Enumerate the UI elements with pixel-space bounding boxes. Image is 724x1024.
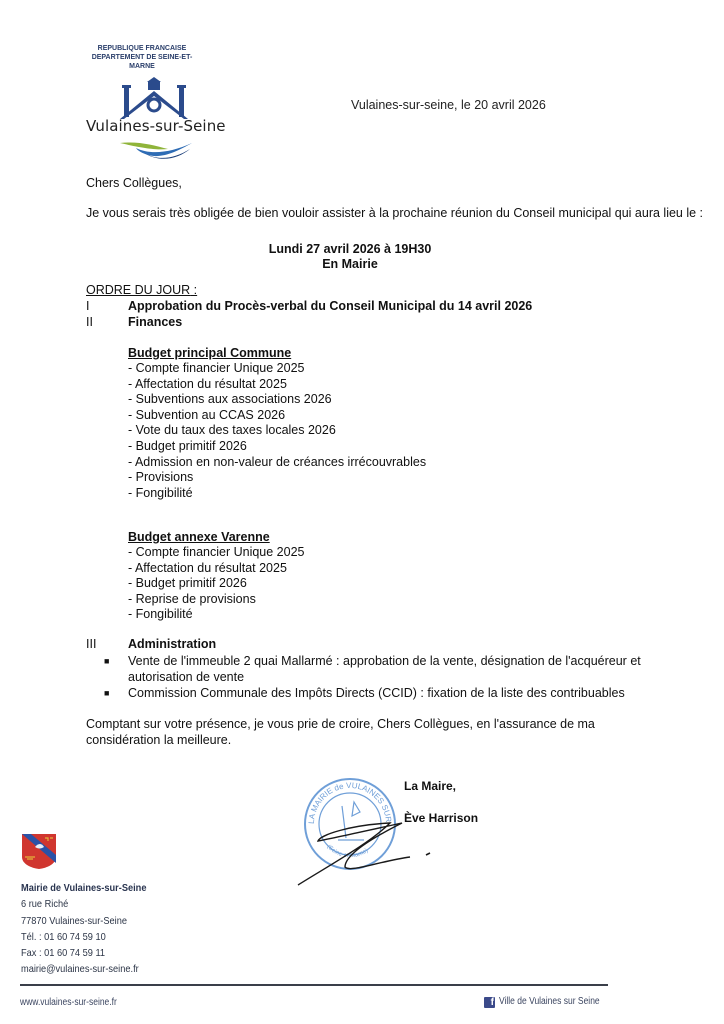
bullet-item: Vente de l'immeuble 2 quai Mallarmé : ap… [128, 654, 641, 670]
section-title-budget-annexe: Budget annexe Varenne [128, 530, 270, 546]
agenda-item-number: III [86, 637, 96, 653]
agenda-sub-item: - Subvention au CCAS 2026 [128, 408, 285, 424]
river-waves-logo-icon [118, 139, 196, 163]
letterhead-republic: REPUBLIQUE FRANCAISE DEPARTEMENT DE SEIN… [80, 44, 204, 71]
logo-text: Vulaines-sur-Seine [86, 117, 226, 135]
department-label: DEPARTEMENT DE SEINE-ET-MARNE [80, 53, 204, 71]
intro-paragraph: Je vous serais très obligée de bien voul… [86, 206, 703, 222]
mairie-email[interactable]: mairie@vulaines-sur-seine.fr [21, 961, 146, 977]
agenda-title-text: ORDRE DU JOUR [86, 283, 190, 297]
agenda-title: ORDRE DU JOUR : [86, 283, 197, 299]
bullet-icon: ■ [104, 656, 109, 666]
bullet-item: Commission Communale des Impôts Directs … [128, 686, 625, 702]
agenda-sub-item: - Reprise de provisions [128, 592, 256, 608]
coat-of-arms-icon [21, 833, 57, 869]
agenda-sub-item: - Subventions aux associations 2026 [128, 392, 332, 408]
closing-paragraph: Comptant sur votre présence, je vous pri… [86, 717, 656, 748]
republic-label: REPUBLIQUE FRANCAISE [80, 44, 204, 53]
facebook-label: Ville de Vulaines sur Seine [499, 996, 600, 1007]
handwritten-signature-icon [290, 795, 440, 890]
mairie-city: 77870 Vulaines-sur-Seine [21, 913, 146, 929]
agenda-sub-item: - Affectation du résultat 2025 [128, 377, 287, 393]
section-title-budget-principal: Budget principal Commune [128, 346, 291, 362]
agenda-sub-item: - Budget primitif 2026 [128, 439, 247, 455]
letter-date: Vulaines-sur-seine, le 20 avril 2026 [351, 98, 546, 112]
greeting: Chers Collègues, [86, 176, 182, 192]
meeting-location: En Mairie [200, 257, 500, 273]
agenda-title-colon: : [190, 283, 197, 297]
agenda-item-title: Administration [128, 637, 216, 653]
agenda-sub-item: - Compte financier Unique 2025 [128, 361, 305, 377]
agenda-sub-item: - Fongibilité [128, 486, 193, 502]
meeting-datetime: Lundi 27 avril 2026 à 19H30 [200, 242, 500, 258]
mairie-name: Mairie de Vulaines-sur-Seine [21, 880, 146, 896]
agenda-sub-item: - Budget primitif 2026 [128, 576, 247, 592]
mairie-contact-block: Mairie de Vulaines-sur-Seine 6 rue Riché… [21, 880, 146, 978]
agenda-item-title: Finances [128, 315, 182, 331]
agenda-item-number: II [86, 315, 93, 331]
mairie-street: 6 rue Riché [21, 896, 146, 912]
mairie-fax: Fax : 01 60 74 59 11 [21, 945, 146, 961]
mairie-phone: Tél. : 01 60 74 59 10 [21, 929, 146, 945]
signatory-title: La Maire, [404, 779, 456, 793]
footer-website-link[interactable]: www.vulaines-sur-seine.fr [20, 997, 117, 1008]
footer-facebook-link[interactable]: fVille de Vulaines sur Seine [484, 996, 617, 1008]
bullet-icon: ■ [104, 688, 109, 698]
agenda-sub-item: - Provisions [128, 470, 193, 486]
footer-divider [20, 984, 608, 986]
facebook-icon: f [484, 997, 495, 1008]
bullet-item-continuation: autorisation de vente [128, 670, 244, 686]
agenda-sub-item: - Admission en non-valeur de créances ir… [128, 455, 426, 471]
agenda-sub-item: - Vote du taux des taxes locales 2026 [128, 423, 336, 439]
agenda-sub-item: - Compte financier Unique 2025 [128, 545, 305, 561]
agenda-item-number: I [86, 299, 89, 315]
agenda-sub-item: - Fongibilité [128, 607, 193, 623]
town-hall-logo-icon [118, 77, 190, 121]
agenda-item-title: Approbation du Procès-verbal du Conseil … [128, 299, 532, 315]
agenda-sub-item: - Affectation du résultat 2025 [128, 561, 287, 577]
